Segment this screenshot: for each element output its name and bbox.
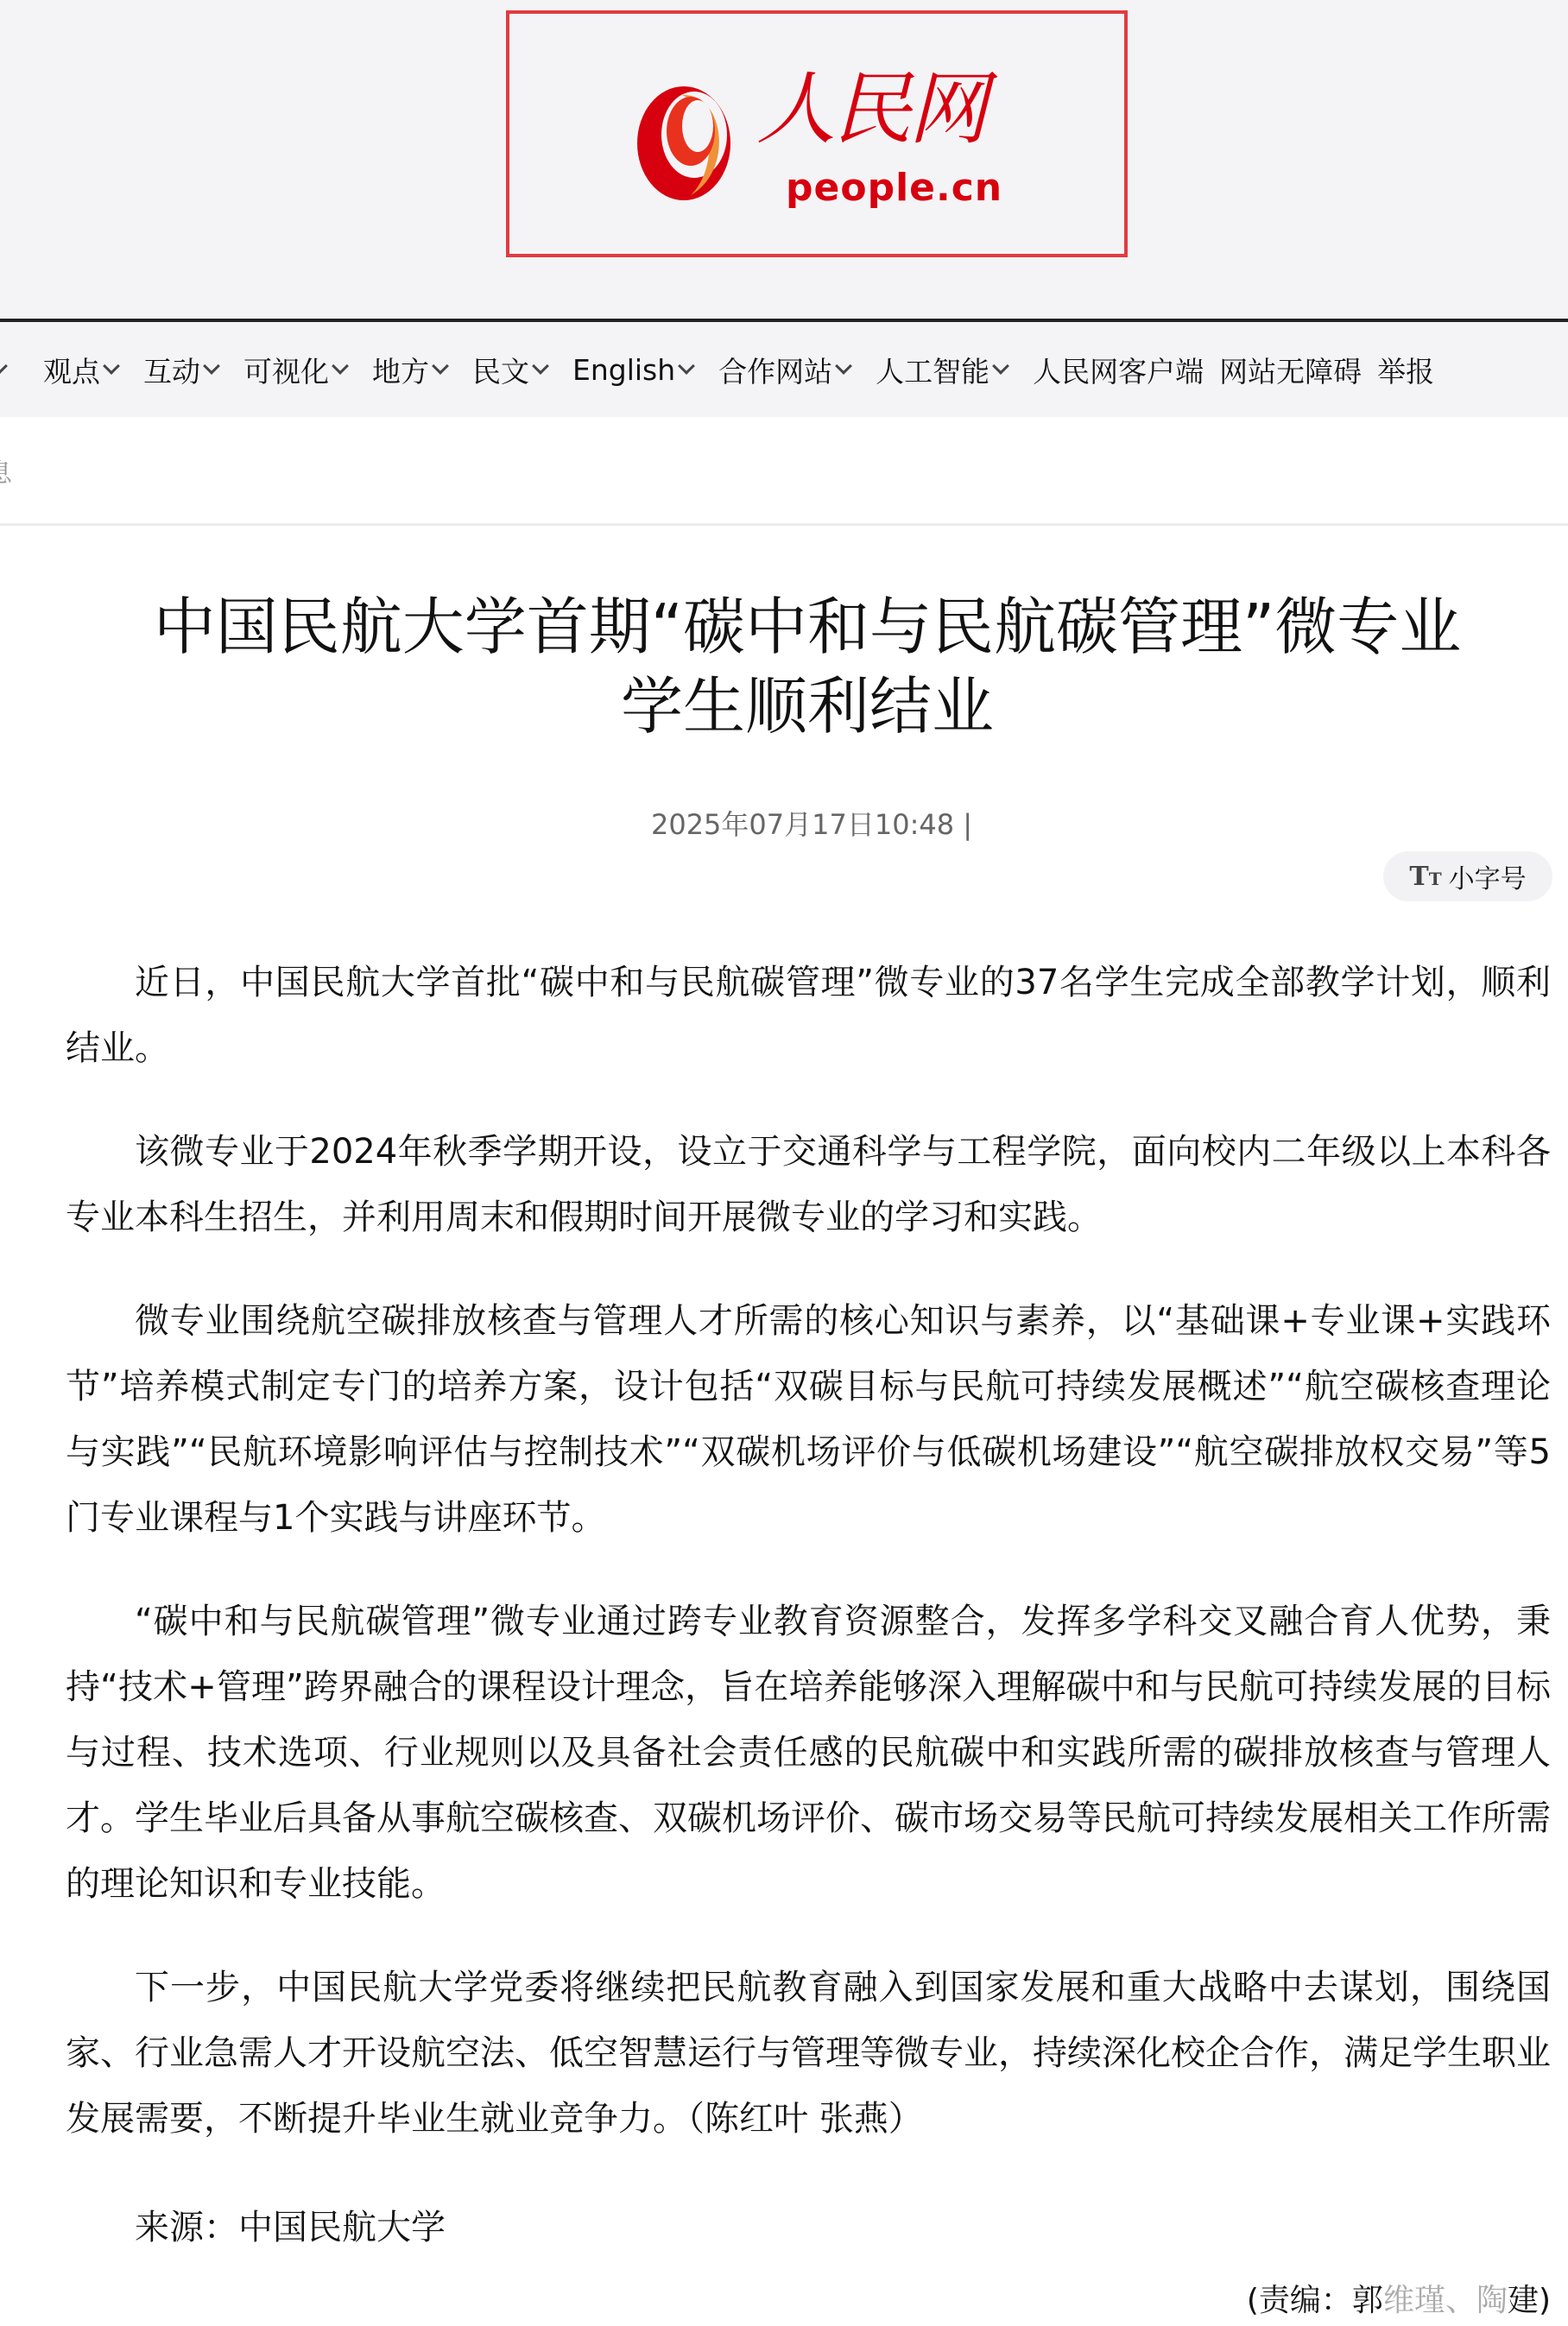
- main-nav: 观点 互动 可视化 地方 民文 English 合作网站 人工智能 人民网客户端…: [0, 322, 1568, 417]
- font-size-toggle-button[interactable]: TT 小字号: [1383, 851, 1552, 901]
- nav-item-ethnic-languages[interactable]: 民文: [472, 344, 547, 395]
- chevron-down-icon: [532, 357, 549, 375]
- breadcrumb-row: 息: [0, 417, 1568, 526]
- nav-item-accessibility[interactable]: 网站无障碍: [1219, 344, 1362, 395]
- chevron-down-icon[interactable]: [0, 357, 8, 375]
- masthead: 人民网 people.cn: [0, 0, 1568, 319]
- article-body: 近日，中国民航大学首批“碳中和与民航碳管理”微专业的37名学生完成全部教学计划，…: [66, 950, 1551, 2190]
- article-paragraph: 微专业围绕航空碳排放核查与管理人才所需的核心知识与素养，以“基础课+专业课+实践…: [66, 1288, 1551, 1551]
- article-source: 来源：中国民航大学: [135, 2200, 446, 2249]
- site-logo[interactable]: 人民网 people.cn: [506, 10, 1128, 257]
- font-size-toggle-label: 小字号: [1449, 857, 1527, 895]
- breadcrumb[interactable]: 息: [0, 452, 12, 490]
- text-size-icon: TT: [1409, 862, 1441, 892]
- article-title: 中国民航大学首期“碳中和与民航碳管理”微专业 学生顺利结业: [52, 587, 1563, 746]
- publish-datetime: 2025年07月17日10:48 |: [0, 803, 1568, 843]
- article-paragraph: 下一步，中国民航大学党委将继续把民航教育融入到国家发展和重大战略中去谋划，围绕国…: [66, 1955, 1551, 2152]
- logo-chinese-text: 人民网: [756, 62, 984, 157]
- nav-item-local[interactable]: 地方: [372, 344, 446, 395]
- breadcrumb-divider: [0, 523, 1568, 526]
- chevron-down-icon: [678, 357, 695, 375]
- nav-item-ai[interactable]: 人工智能: [876, 344, 1007, 395]
- nav-item-visualization[interactable]: 可视化: [243, 344, 346, 395]
- article-paragraph: 该微专业于2024年秋季学期开设，设立于交通科学与工程学院，面向校内二年级以上本…: [66, 1119, 1551, 1250]
- nav-item-app[interactable]: 人民网客户端: [1033, 344, 1204, 395]
- logo-english-text: people.cn: [786, 166, 1002, 210]
- chevron-down-icon: [203, 357, 220, 375]
- chevron-down-icon: [432, 357, 449, 375]
- nav-item-partner-sites[interactable]: 合作网站: [718, 344, 850, 395]
- nav-item-opinion[interactable]: 观点: [43, 344, 117, 395]
- article-editor: (责编：郭维瑾、陶建): [1247, 2276, 1551, 2320]
- chevron-down-icon: [835, 357, 852, 375]
- nav-item-english[interactable]: English: [572, 344, 692, 395]
- article-paragraph: “碳中和与民航碳管理”微专业通过跨专业教育资源整合，发挥多学科交叉融合育人优势，…: [66, 1589, 1551, 1917]
- article-paragraph: 近日，中国民航大学首批“碳中和与民航碳管理”微专业的37名学生完成全部教学计划，…: [66, 950, 1551, 1081]
- people-logo-emblem-icon: [630, 76, 751, 205]
- nav-item-interaction[interactable]: 互动: [143, 344, 218, 395]
- chevron-down-icon: [992, 357, 1009, 375]
- nav-item-report[interactable]: 举报: [1377, 344, 1434, 395]
- chevron-down-icon: [103, 357, 120, 375]
- chevron-down-icon: [332, 357, 349, 375]
